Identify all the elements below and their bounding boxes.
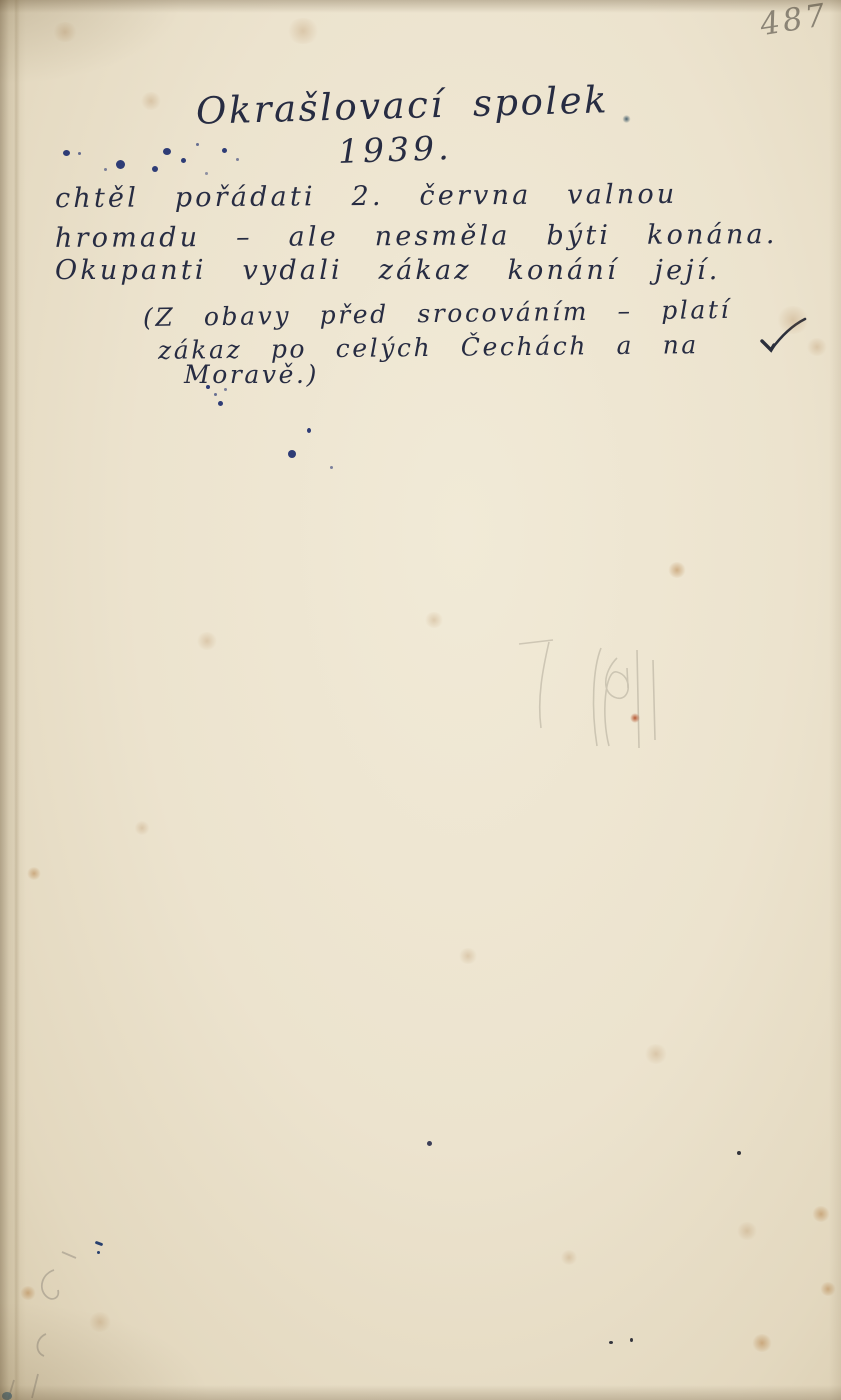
- body-line: chtěl pořádati 2. června valnou: [55, 179, 678, 214]
- document-page: 487 Okrašlovací spolek 1939. chtěl pořád…: [0, 0, 841, 1400]
- document-title: Okrašlovací spolek: [195, 78, 609, 133]
- pencil-scribble: [505, 628, 675, 763]
- document-year: 1939.: [337, 128, 453, 171]
- note-line: Moravě.): [184, 360, 319, 389]
- note-line: (Z obavy před srocováním – platí: [143, 295, 732, 332]
- body-line: hromadu – ale nesměla býti konána.: [55, 219, 778, 254]
- checkmark-icon: [756, 316, 808, 358]
- ink-dot: [622, 115, 631, 123]
- page-number: 487: [758, 0, 831, 43]
- pencil-scribble: [2, 1248, 82, 1400]
- body-line: Okupanti vydali zákaz konání její.: [55, 255, 721, 286]
